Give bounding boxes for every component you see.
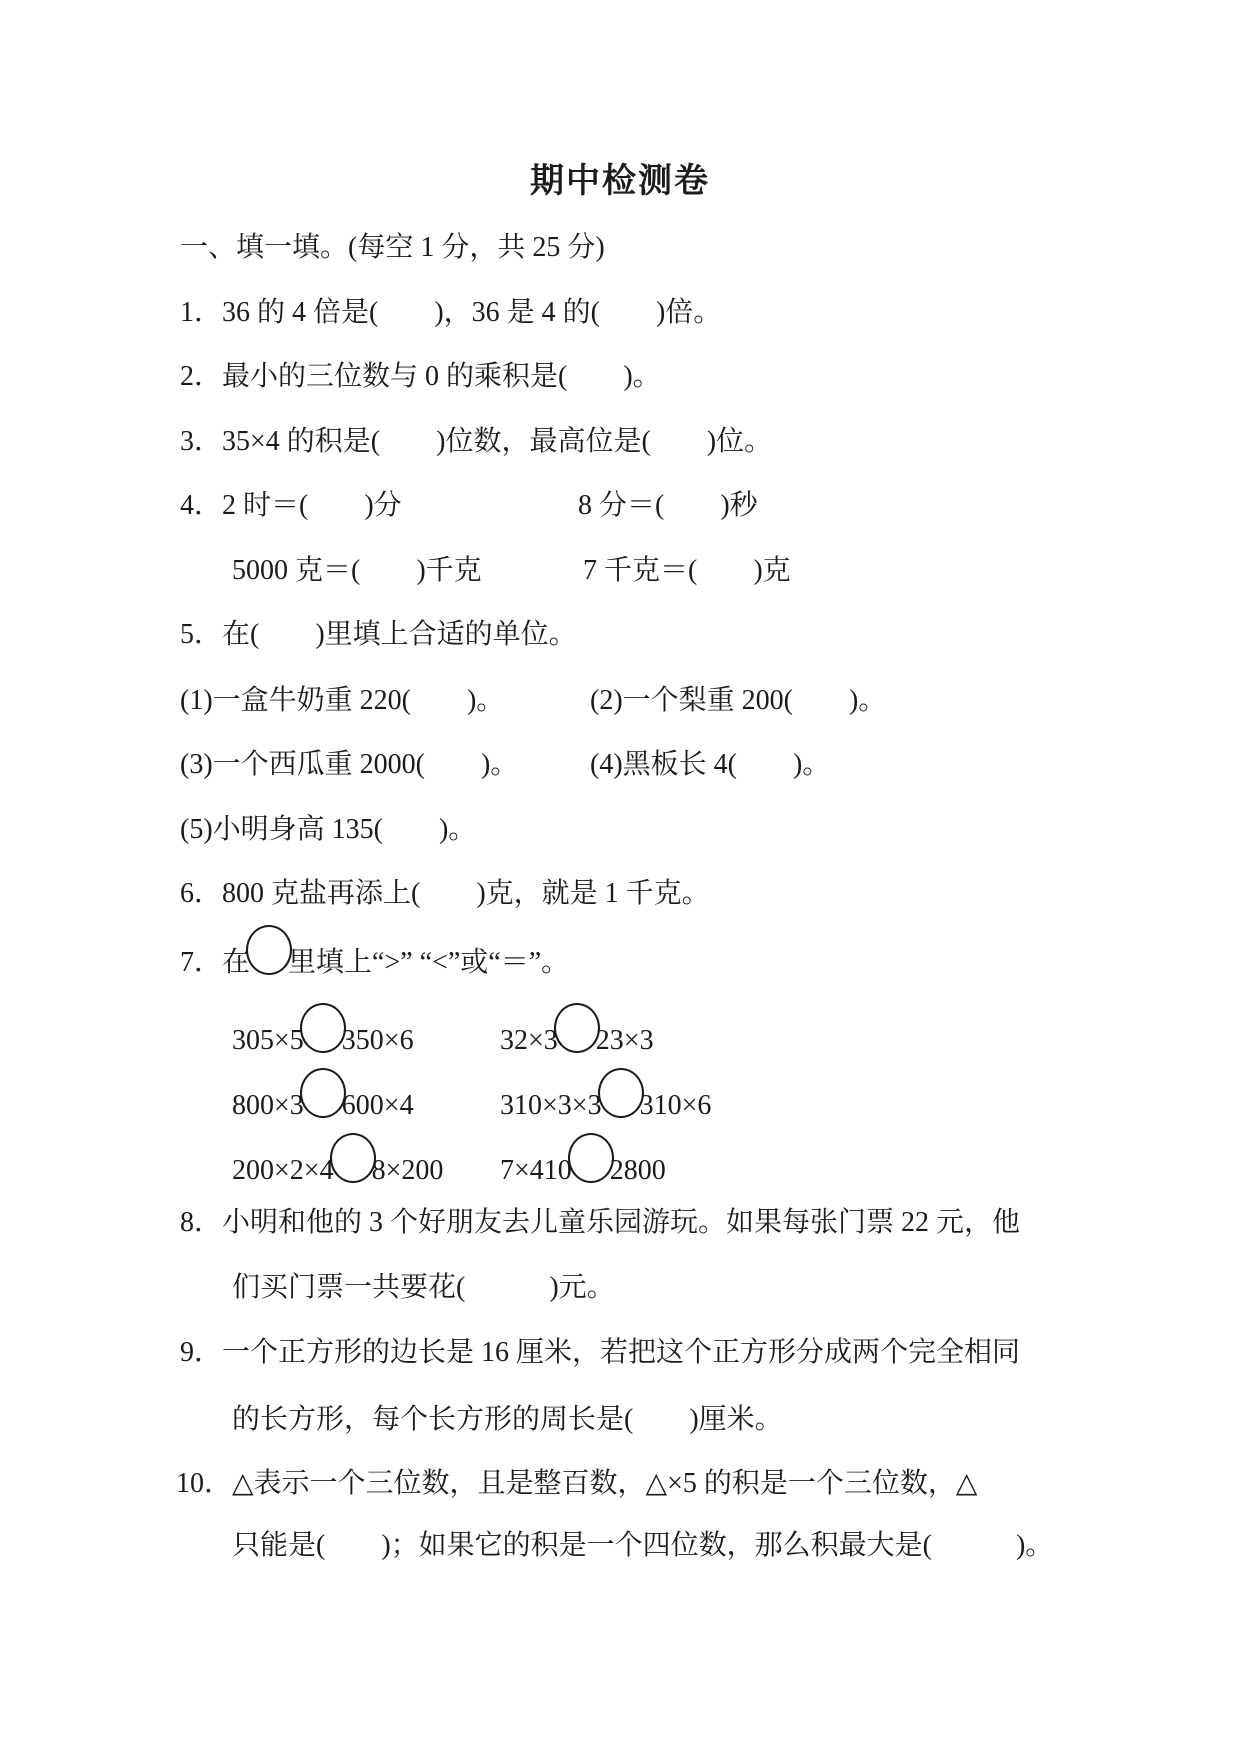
question-8-line-2: 们买门票一共要花( )元。 [0, 1255, 1240, 1321]
comparison-expression: 800×3600×4 [232, 1068, 414, 1134]
question-10-line-1: 10．△表示一个三位数，且是整百数，△×5 的积是一个三位数，△ [0, 1451, 1240, 1517]
question-5-sub-row-3: (5)小明身高 135( )。 [0, 797, 1240, 863]
question-10-text-2: 只能是( )；如果它的积是一个四位数，那么积最大是( )。 [232, 1513, 1053, 1579]
question-4-col-2: 7 千克＝( )克 [583, 538, 791, 604]
question-10-text-1: 10．△表示一个三位数，且是整百数，△×5 的积是一个三位数，△ [176, 1451, 977, 1517]
question-5: 5．在( )里填上合适的单位。 [0, 602, 1240, 668]
question-6: 6．800 克盐再添上( )克，就是 1 千克。 [0, 861, 1240, 927]
question-3-text: 3．35×4 的积是( )位数，最高位是( )位。 [180, 409, 772, 475]
comparison-circle [300, 1068, 346, 1118]
question-7-row-1: 305×5350×6 32×323×3 [0, 1003, 1240, 1069]
expression-left: 305×5 [232, 1025, 304, 1056]
expression-right: 8×200 [372, 1155, 444, 1186]
question-1: 1．36 的 4 倍是( )，36 是 4 的( )倍。 [0, 280, 1240, 346]
question-9-text-1: 9．一个正方形的边长是 16 厘米，若把这个正方形分成两个完全相同 [180, 1320, 1020, 1386]
question-4-col-1: 4．2 时＝( )分 [180, 473, 402, 539]
question-3: 3．35×4 的积是( )位数，最高位是( )位。 [0, 409, 1240, 475]
question-9-line-2: 的长方形，每个长方形的周长是( )厘米。 [0, 1387, 1240, 1453]
worksheet-page: 期中检测卷 一、填一填。(每空 1 分，共 25 分) 1．36 的 4 倍是(… [0, 0, 1240, 1754]
comparison-circle [246, 925, 292, 975]
question-4-row-1: 4．2 时＝( )分 8 分＝( )秒 [0, 473, 1240, 539]
expression-right: 310×6 [640, 1090, 712, 1121]
question-5-item-4: (4)黑板长 4( )。 [590, 732, 830, 798]
question-2-text: 2．最小的三位数与 0 的乘积是( )。 [180, 344, 661, 410]
expression-right: 2800 [610, 1155, 666, 1186]
question-8-text-1: 8．小明和他的 3 个好朋友去儿童乐园游玩。如果每张门票 22 元，他 [180, 1190, 1020, 1256]
comparison-expression: 305×5350×6 [232, 1003, 414, 1069]
question-5-text: 5．在( )里填上合适的单位。 [180, 602, 577, 668]
expression-right: 350×6 [342, 1025, 414, 1056]
comparison-circle [568, 1133, 614, 1183]
expression-left: 32×3 [500, 1025, 558, 1056]
question-5-item-2: (2)一个梨重 200( )。 [590, 668, 886, 734]
page-title: 期中检测卷 [0, 148, 1240, 214]
question-7-text-before: 7．在 [180, 947, 250, 978]
question-8-line-1: 8．小明和他的 3 个好朋友去儿童乐园游玩。如果每张门票 22 元，他 [0, 1190, 1240, 1256]
question-7-row-2: 800×3600×4 310×3×3310×6 [0, 1068, 1240, 1134]
question-7: 7．在里填上“>” “<”或“＝”。 [0, 925, 1240, 991]
question-5-sub-row-2: (3)一个西瓜重 2000( )。 (4)黑板长 4( )。 [0, 732, 1240, 798]
question-4-row-2: 5000 克＝( )千克 7 千克＝( )克 [0, 538, 1240, 604]
question-5-item-5: (5)小明身高 135( )。 [180, 797, 476, 863]
expression-right: 600×4 [342, 1090, 414, 1121]
expression-left: 200×2×4 [232, 1155, 334, 1186]
question-5-item-3: (3)一个西瓜重 2000( )。 [180, 732, 518, 798]
question-9-text-2: 的长方形，每个长方形的周长是( )厘米。 [232, 1387, 783, 1453]
expression-left: 310×3×3 [500, 1090, 602, 1121]
question-9-line-1: 9．一个正方形的边长是 16 厘米，若把这个正方形分成两个完全相同 [0, 1320, 1240, 1386]
question-4-col-2: 8 分＝( )秒 [578, 473, 758, 539]
comparison-expression: 32×323×3 [500, 1003, 654, 1069]
question-7-text: 7．在里填上“>” “<”或“＝”。 [180, 925, 569, 991]
comparison-circle [554, 1003, 600, 1053]
question-7-text-after: 里填上“>” “<”或“＝”。 [288, 947, 569, 978]
comparison-circle [330, 1133, 376, 1183]
expression-left: 800×3 [232, 1090, 304, 1121]
question-5-sub-row-1: (1)一盒牛奶重 220( )。 (2)一个梨重 200( )。 [0, 668, 1240, 734]
question-5-item-1: (1)一盒牛奶重 220( )。 [180, 668, 504, 734]
question-4-col-1: 5000 克＝( )千克 [232, 538, 482, 604]
comparison-circle [598, 1068, 644, 1118]
comparison-circle [300, 1003, 346, 1053]
expression-right: 23×3 [596, 1025, 654, 1056]
section-heading: 一、填一填。(每空 1 分，共 25 分) [0, 215, 1240, 281]
expression-left: 7×410 [500, 1155, 572, 1186]
question-6-text: 6．800 克盐再添上( )克，就是 1 千克。 [180, 861, 710, 927]
question-2: 2．最小的三位数与 0 的乘积是( )。 [0, 344, 1240, 410]
question-10-line-2: 只能是( )；如果它的积是一个四位数，那么积最大是( )。 [0, 1513, 1240, 1579]
question-8-text-2: 们买门票一共要花( )元。 [232, 1255, 615, 1321]
comparison-expression: 310×3×3310×6 [500, 1068, 711, 1134]
section-heading-text: 一、填一填。(每空 1 分，共 25 分) [180, 215, 605, 281]
question-1-text: 1．36 的 4 倍是( )，36 是 4 的( )倍。 [180, 280, 721, 346]
